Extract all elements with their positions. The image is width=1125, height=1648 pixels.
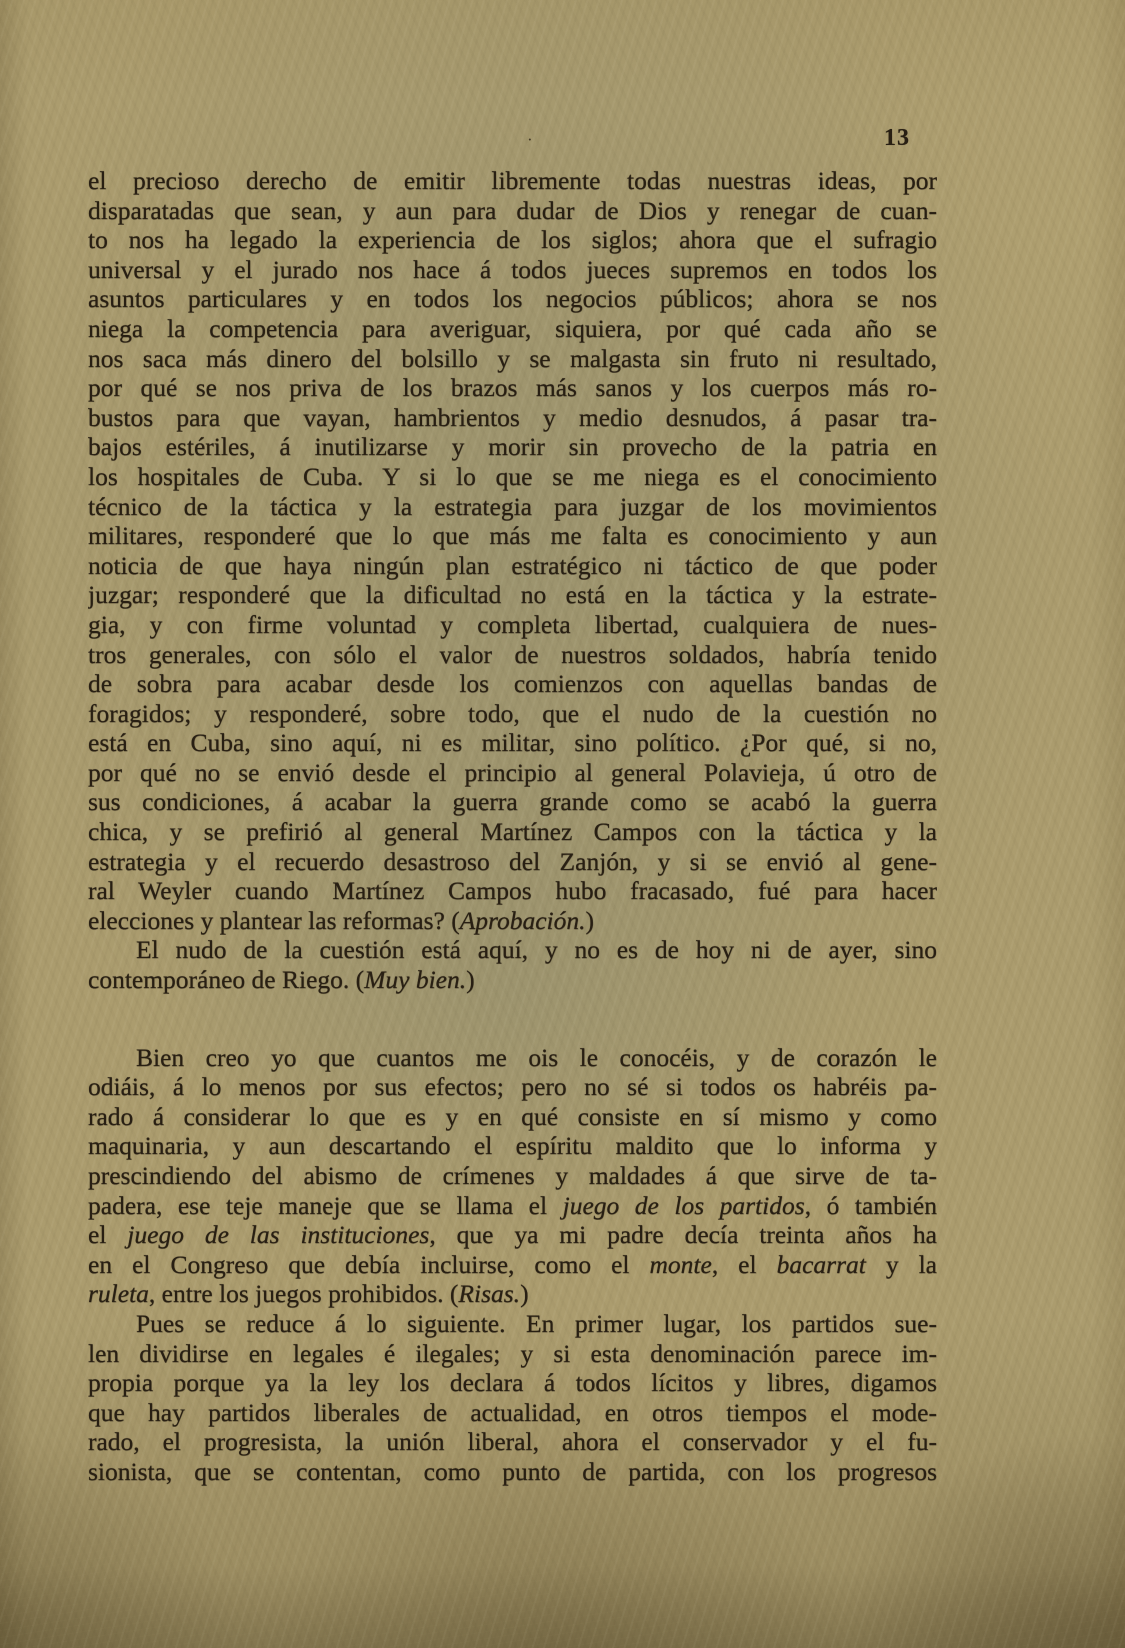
text-run: rado á considerar lo que es y en qué con… (88, 1102, 937, 1131)
text-line: técnico de la táctica y la estrategia pa… (88, 492, 937, 522)
text-run: elecciones y plantear las reformas? ( (88, 906, 460, 935)
page-number: 13 (884, 125, 910, 152)
text-line: tros generales, con sólo el valor de nue… (88, 640, 937, 670)
text-run: noticia de que haya ningún plan estratég… (88, 551, 937, 580)
text-line: rado á considerar lo que es y en qué con… (88, 1102, 937, 1132)
text-run: asuntos particulares y en todos los nego… (88, 284, 937, 313)
paragraph-3: Bien creo yo que cuantos me ois le conoc… (88, 1043, 937, 1309)
text-run: chica, y se prefirió al general Martínez… (88, 817, 937, 846)
text-run: universal y el jurado nos hace á todos j… (88, 255, 937, 284)
text-line: por qué se nos priva de los brazos más s… (88, 373, 937, 403)
text-run: sus condiciones, á acabar la guerra gran… (88, 787, 937, 816)
text-line: ral Weyler cuando Martínez Campos hubo f… (88, 876, 937, 906)
text-line: ruleta, entre los juegos prohibidos. (Ri… (88, 1279, 937, 1309)
text-run: y la (866, 1250, 937, 1279)
text-run: propia porque ya la ley los declara á to… (88, 1368, 937, 1397)
text-run: to nos ha legado la experiencia de los s… (88, 225, 937, 254)
italic-text-run: juego de los partidos (563, 1191, 805, 1220)
text-line: en el Congreso que debía incluirse, como… (88, 1250, 937, 1280)
text-block: el precioso derecho de emitir libremente… (88, 166, 937, 1487)
text-run: , el (712, 1250, 777, 1279)
text-run: ral Weyler cuando Martínez Campos hubo f… (88, 876, 937, 905)
italic-text-run: bacarrat (777, 1250, 866, 1279)
text-line: odiáis, á lo menos por sus efectos; pero… (88, 1072, 937, 1102)
text-line: disparatadas que sean, y aun para dudar … (88, 196, 937, 226)
text-line: maquinaria, y aun descartando el espírit… (88, 1131, 937, 1161)
text-line: sus condiciones, á acabar la guerra gran… (88, 787, 937, 817)
text-run: juzgar; responderé que la dificultad no … (88, 580, 937, 609)
text-run: está en Cuba, sino aquí, ni es militar, … (88, 728, 937, 757)
text-line: nos saca más dinero del bolsillo y se ma… (88, 344, 937, 374)
text-line: que hay partidos liberales de actualidad… (88, 1398, 937, 1428)
text-line: rado, el progresista, la unión liberal, … (88, 1427, 937, 1457)
paragraph-1: el precioso derecho de emitir libremente… (88, 166, 937, 935)
text-line: por qué no se envió desde el principio a… (88, 758, 937, 788)
text-line: juzgar; responderé que la dificultad no … (88, 580, 937, 610)
text-line: asuntos particulares y en todos los nego… (88, 284, 937, 314)
text-run: por qué se nos priva de los brazos más s… (88, 373, 937, 402)
text-run: gia, y con firme voluntad y completa lib… (88, 610, 937, 639)
text-line: bajos estériles, á inutilizarse y morir … (88, 432, 937, 462)
text-line: sionista, que se contentan, como punto d… (88, 1457, 937, 1487)
text-line: elecciones y plantear las reformas? (Apr… (88, 906, 937, 936)
text-run: militares, responderé que lo que más me … (88, 521, 937, 550)
text-run: sionista, que se contentan, como punto d… (88, 1457, 937, 1486)
text-line: estrategia y el recuerdo desastroso del … (88, 847, 937, 877)
text-run: len dividirse en legales é ilegales; y s… (88, 1339, 937, 1368)
text-run: , ó también (805, 1191, 937, 1220)
text-run: Pues se reduce á lo siguiente. En primer… (136, 1309, 937, 1338)
text-line: to nos ha legado la experiencia de los s… (88, 225, 937, 255)
text-run: nos saca más dinero del bolsillo y se ma… (88, 344, 937, 373)
text-line: Bien creo yo que cuantos me ois le conoc… (88, 1043, 937, 1073)
text-run: técnico de la táctica y la estrategia pa… (88, 492, 937, 521)
text-run: maquinaria, y aun descartando el espírit… (88, 1131, 937, 1160)
text-run: los hospitales de Cuba. Y si lo que se m… (88, 462, 937, 491)
text-run: rado, el progresista, la unión liberal, … (88, 1427, 937, 1456)
text-run: ) (520, 1279, 529, 1308)
text-line: propia porque ya la ley los declara á to… (88, 1368, 937, 1398)
text-line: Pues se reduce á lo siguiente. En primer… (88, 1309, 937, 1339)
text-line: de sobra para acabar desde los comienzos… (88, 669, 937, 699)
text-run: bajos estériles, á inutilizarse y morir … (88, 432, 937, 461)
text-run: que hay partidos liberales de actualidad… (88, 1398, 937, 1427)
italic-text-run: Muy bien. (364, 965, 466, 994)
paragraph-4: Pues se reduce á lo siguiente. En primer… (88, 1309, 937, 1487)
text-run: tros generales, con sólo el valor de nue… (88, 640, 937, 669)
text-line: padera, ese teje maneje que se llama el … (88, 1191, 937, 1221)
text-run: contemporáneo de Riego. ( (88, 965, 364, 994)
text-run: por qué no se envió desde el principio a… (88, 758, 937, 787)
text-run: El nudo de la cuestión está aquí, y no e… (136, 935, 937, 964)
paragraph-2: El nudo de la cuestión está aquí, y no e… (88, 935, 937, 994)
text-run: odiáis, á lo menos por sus efectos; pero… (88, 1072, 937, 1101)
italic-text-run: ruleta (88, 1279, 149, 1308)
text-run: el (88, 1220, 127, 1249)
text-run: prescindiendo del abismo de crímenes y m… (88, 1161, 937, 1190)
text-run: en el Congreso que debía incluirse, como… (88, 1250, 649, 1279)
scanned-book-page: · 13 el precioso derecho de emitir libre… (0, 0, 1125, 1648)
text-run: estrategia y el recuerdo desastroso del … (88, 847, 937, 876)
text-line: está en Cuba, sino aquí, ni es militar, … (88, 728, 937, 758)
text-run: ) (586, 906, 595, 935)
text-run: , que ya mi padre decía treinta años ha (429, 1220, 937, 1249)
text-line: contemporáneo de Riego. (Muy bien.) (88, 965, 937, 995)
text-line: El nudo de la cuestión está aquí, y no e… (88, 935, 937, 965)
italic-text-run: monte (649, 1250, 711, 1279)
text-line: universal y el jurado nos hace á todos j… (88, 255, 937, 285)
text-line: noticia de que haya ningún plan estratég… (88, 551, 937, 581)
text-line: los hospitales de Cuba. Y si lo que se m… (88, 462, 937, 492)
stray-ink-dot: · (527, 130, 533, 150)
text-line: niega la competencia para averiguar, siq… (88, 314, 937, 344)
text-line: gia, y con firme voluntad y completa lib… (88, 610, 937, 640)
text-run: disparatadas que sean, y aun para dudar … (88, 196, 937, 225)
text-line: len dividirse en legales é ilegales; y s… (88, 1339, 937, 1369)
text-run: niega la competencia para averiguar, siq… (88, 314, 937, 343)
italic-text-run: juego de las instituciones (127, 1220, 429, 1249)
text-run: Bien creo yo que cuantos me ois le conoc… (136, 1043, 937, 1072)
text-run: el precioso derecho de emitir libremente… (88, 166, 937, 195)
text-run: de sobra para acabar desde los comienzos… (88, 669, 937, 698)
text-line: chica, y se prefirió al general Martínez… (88, 817, 937, 847)
text-run: bustos para que vayan, hambrientos y med… (88, 403, 937, 432)
text-line: el juego de las instituciones, que ya mi… (88, 1220, 937, 1250)
italic-text-run: Risas. (458, 1279, 520, 1308)
text-run: , entre los juegos prohibidos. ( (149, 1279, 459, 1308)
text-line: el precioso derecho de emitir libremente… (88, 166, 937, 196)
text-run: ) (466, 965, 475, 994)
text-run: foragidos; y responderé, sobre todo, que… (88, 699, 937, 728)
text-line: prescindiendo del abismo de crímenes y m… (88, 1161, 937, 1191)
text-line: bustos para que vayan, hambrientos y med… (88, 403, 937, 433)
italic-text-run: Aprobación. (460, 906, 586, 935)
text-run: padera, ese teje maneje que se llama el (88, 1191, 563, 1220)
text-line: militares, responderé que lo que más me … (88, 521, 937, 551)
text-line: foragidos; y responderé, sobre todo, que… (88, 699, 937, 729)
